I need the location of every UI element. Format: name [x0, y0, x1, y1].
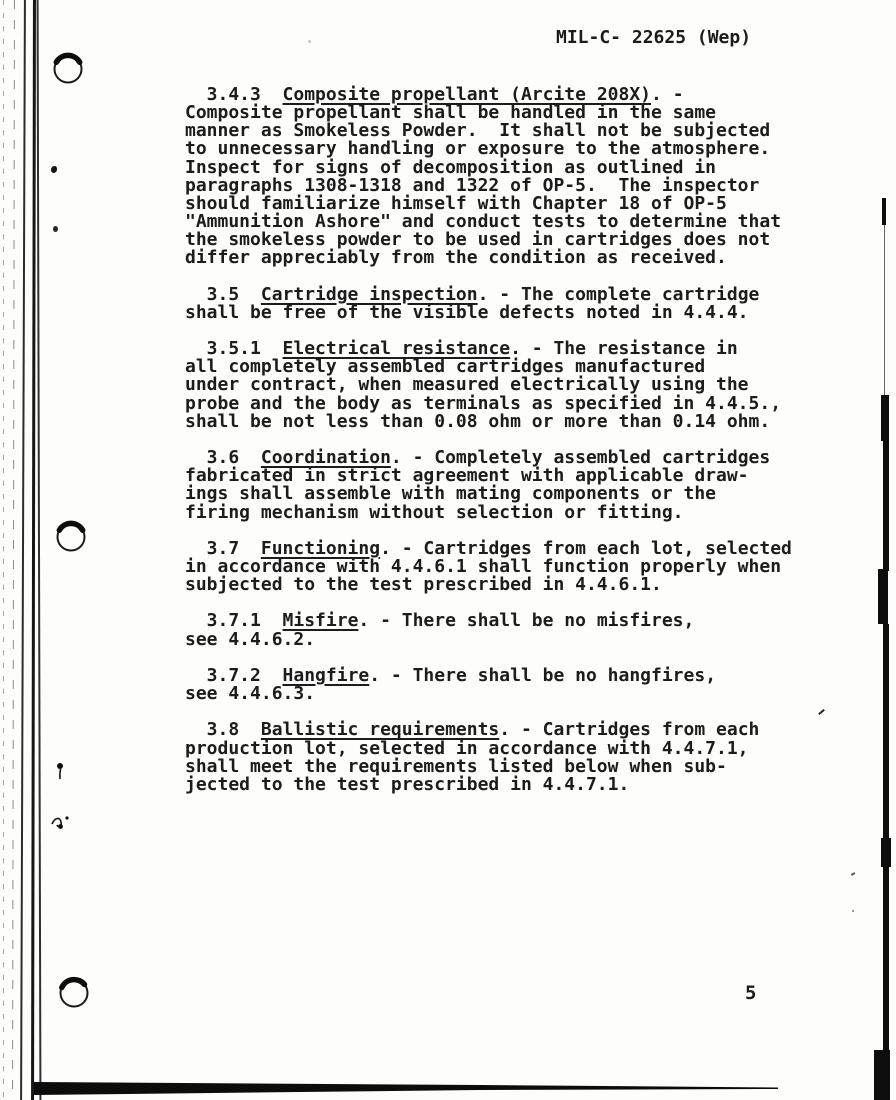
text-line: jected to the test prescribed in 4.4.7.1…	[185, 776, 845, 794]
text-line: see 4.4.6.3.	[185, 685, 845, 703]
paragraph-3-6: 3.6 Coordination. - Completely assembled…	[185, 449, 845, 522]
paragraph-3-5: 3.5 Cartridge inspection. - The complete…	[185, 286, 845, 322]
text-line: shall be not less than 0.08 ohm or more …	[185, 413, 845, 431]
scan-bar-segment	[884, 225, 885, 397]
page-number: 5	[745, 982, 756, 1004]
scan-edge-line	[12, 0, 15, 1100]
document-id-header: MIL-C- 22625 (Wep)	[556, 28, 751, 48]
scan-bar-bottom	[0, 1076, 896, 1100]
scan-artifact-speck	[852, 910, 854, 912]
scan-artifact-squiggle	[50, 812, 74, 840]
body-text: . - There shall be no misfires,	[358, 610, 694, 631]
paragraph-3-7-2: 3.7.2 Hangfire. - There shall be no hang…	[185, 667, 845, 703]
text-line: see 4.4.6.2.	[185, 631, 845, 649]
text-line: differ appreciably from the condition as…	[185, 249, 845, 267]
body-text: shall be free of the visible defects not…	[185, 302, 749, 323]
scan-artifact-speck	[851, 872, 855, 876]
body-text: . - There shall be no hangfires,	[369, 665, 716, 686]
scan-bar-segment	[883, 624, 889, 838]
scan-bar-segment	[882, 198, 886, 225]
scan-edge-line	[31, 0, 36, 1100]
scanned-document-page: MIL-C- 22625 (Wep) 3.4.3 Composite prope…	[0, 0, 896, 1100]
paragraph-3-5-1: 3.5.1 Electrical resistance. - The resis…	[185, 340, 845, 431]
paragraph-3-8: 3.8 Ballistic requirements. - Cartridges…	[185, 721, 845, 794]
paragraph-3-4-3: 3.4.3 Composite propellant (Arcite 208X)…	[185, 86, 845, 268]
body-text: jected to the test prescribed in 4.4.7.1…	[185, 774, 629, 795]
document-body: 3.4.3 Composite propellant (Arcite 208X)…	[185, 86, 845, 812]
text-line: firing mechanism without selection or fi…	[185, 504, 845, 522]
scan-edge-line	[20, 0, 26, 1100]
body-text: see 4.4.6.2.	[185, 629, 315, 650]
body-text: firing mechanism without selection or fi…	[185, 502, 684, 523]
body-text: see 4.4.6.3.	[185, 683, 315, 704]
body-text: subjected to the test prescribed in 4.4.…	[185, 574, 662, 595]
punch-hole-top	[51, 52, 85, 86]
scan-bar-segment	[883, 441, 889, 571]
scan-artifact-dot	[51, 166, 57, 173]
paragraph-3-7-1: 3.7.1 Misfire. - There shall be no misfi…	[185, 612, 845, 648]
paragraph-3-7: 3.7 Functioning. - Cartridges from each …	[185, 540, 845, 594]
text-line: shall be free of the visible defects not…	[185, 304, 845, 322]
body-text: shall be not less than 0.08 ohm or more …	[185, 411, 770, 432]
scan-artifact-dot	[53, 226, 58, 232]
scan-artifact-speck	[308, 40, 311, 43]
scan-bar-segment	[883, 867, 889, 1052]
text-line: subjected to the test prescribed in 4.4.…	[185, 576, 845, 594]
scan-edge-line	[3, 0, 4, 1100]
body-text: differ appreciably from the condition as…	[185, 247, 727, 268]
scan-bar-segment	[881, 395, 889, 441]
scan-bar-segment	[881, 838, 891, 867]
punch-hole-bottom	[57, 976, 91, 1010]
scan-bar-segment	[878, 569, 888, 624]
punch-hole-middle	[54, 520, 88, 554]
scan-edge-line	[37, 0, 42, 1100]
scan-artifact-apostrophe	[55, 762, 67, 786]
